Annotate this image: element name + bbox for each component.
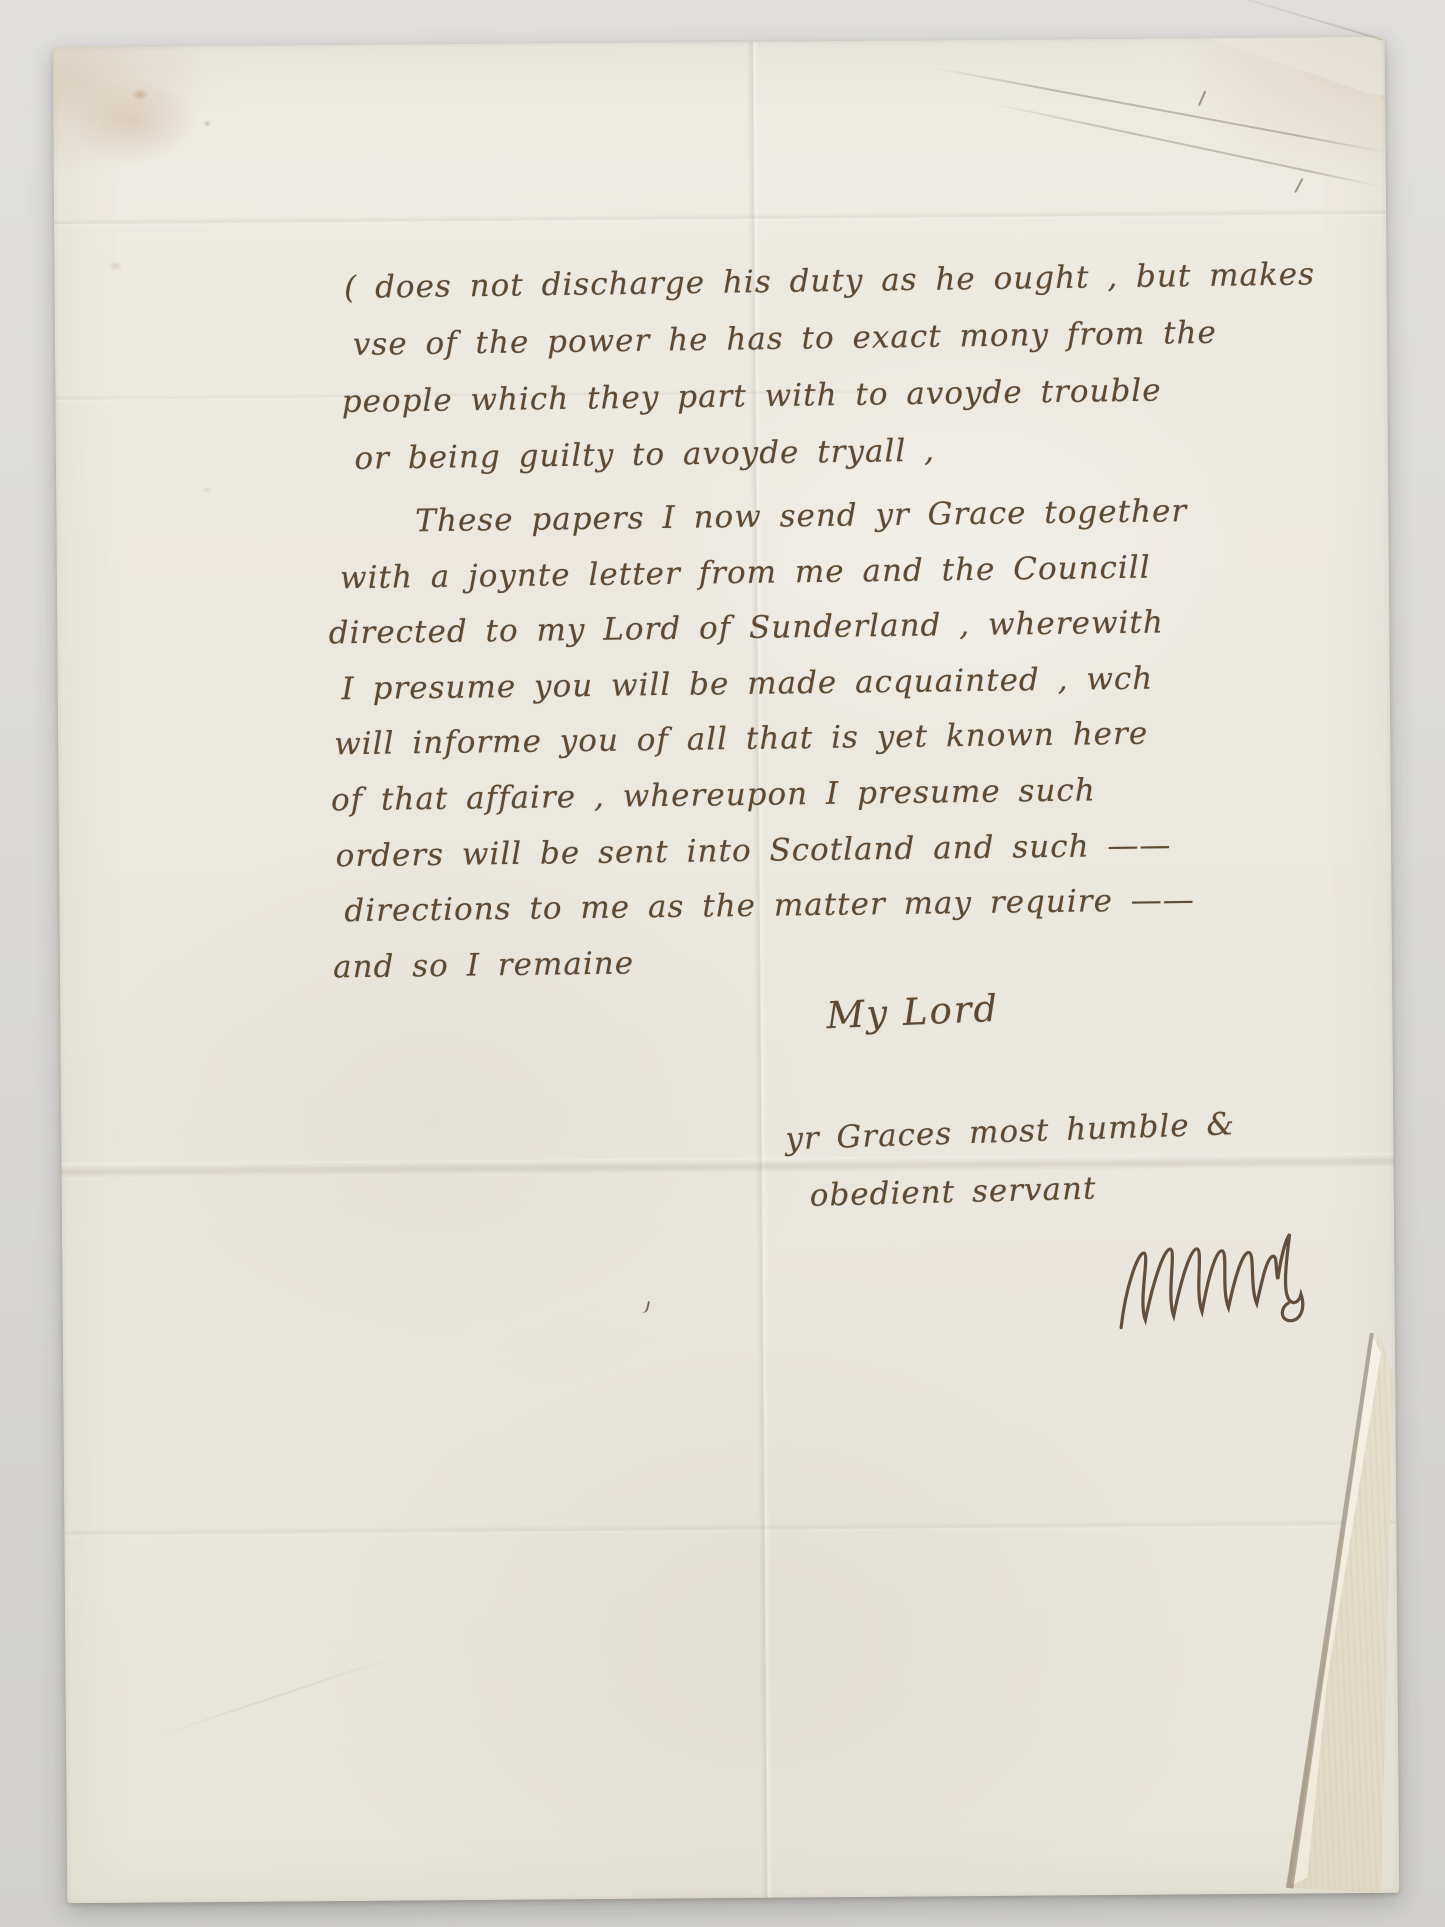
foxing-spot [108, 261, 122, 271]
wrinkle-line [133, 1648, 418, 1745]
salutation: My Lord [825, 987, 999, 1037]
valediction-line: obedient servant [809, 1171, 1097, 1214]
photo-background: ( does not discharge his duty as he ough… [0, 0, 1445, 1927]
letter-page: ( does not discharge his duty as he ough… [53, 37, 1400, 1903]
letter-line: or being guilty to avoyde tryall , [354, 417, 1318, 487]
foxing-spot [203, 120, 211, 127]
fold-crease-main [61, 1153, 1393, 1179]
foxing-spot [202, 486, 212, 494]
corner-fold-edge [1200, 0, 1383, 41]
corner-fold [1189, 37, 1385, 101]
corner-crease-line-2 [989, 102, 1381, 187]
signature-scrawl [1107, 1223, 1315, 1348]
corner-crease-line [931, 66, 1389, 153]
ink-tick-mark [1294, 178, 1303, 193]
letter-line: and so I remaine [333, 929, 1196, 996]
foxing-spot [131, 89, 149, 101]
valediction-line: yr Graces most humble & [785, 1106, 1236, 1157]
fold-crease-lower [64, 1519, 1396, 1538]
letter-paragraph-2: These papers I now send yr Grace togethe… [331, 484, 1196, 996]
letter-paragraph-1: ( does not discharge his duty as he ough… [344, 246, 1318, 488]
fold-crease-top [54, 209, 1386, 227]
stray-ink-mark [641, 1300, 650, 1314]
ink-tick-mark [1198, 91, 1206, 106]
